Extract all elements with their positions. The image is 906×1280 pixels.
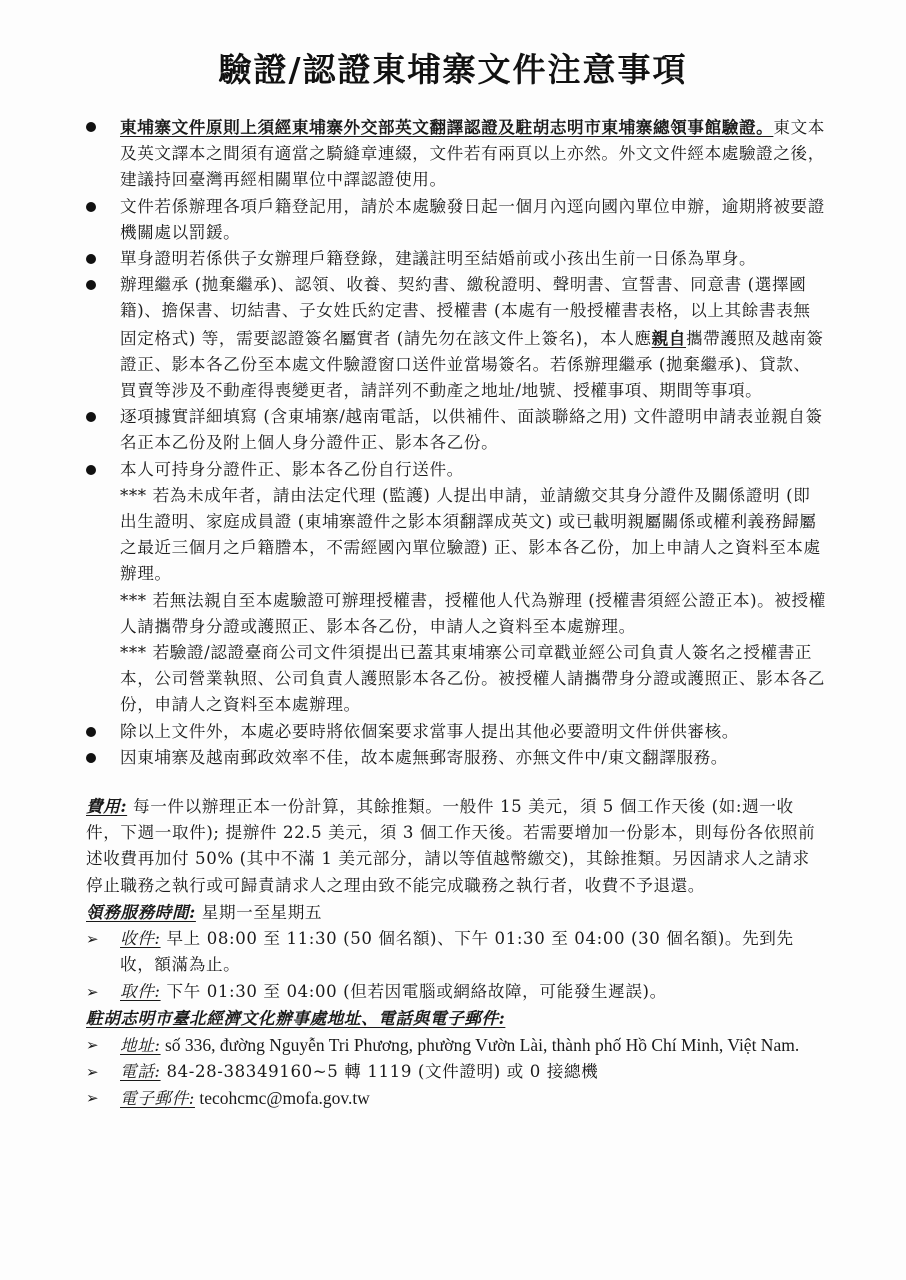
spacer (86, 771, 826, 793)
bullet-icon (86, 122, 96, 132)
bullet-icon (86, 727, 96, 737)
key-requirement: 東埔寨文件原則上須經東埔寨外交部英文翻譯認證及駐胡志明市東埔寨總領事館驗證。 (120, 117, 773, 137)
address-text: số 336, đường Nguyễn Tri Phương, phường … (161, 1035, 800, 1055)
hours-list: ➢ 收件: 早上 08:00 至 11:30 (50 個名額)、下午 01:30… (86, 926, 826, 1005)
note-company: *** 若驗證/認證臺商公司文件須提出已蓋其東埔寨公司章戳並經公司負責人簽名之授… (86, 640, 826, 719)
address-label: 地址: (120, 1036, 161, 1055)
note-authorization: *** 若無法親自至本處驗證可辦理授權書，授權他人代為辦理 (授權書須經公證正本… (86, 588, 826, 640)
bullet-icon (86, 280, 96, 290)
arrow-bullet-icon: ➢ (86, 979, 99, 1005)
list-item: ➢ 收件: 早上 08:00 至 11:30 (50 個名額)、下午 01:30… (86, 926, 826, 978)
notice-list-continued: 除以上文件外，本處必要時將依個案要求當事人提出其他必要證明文件併供審核。 因東埔… (86, 719, 826, 771)
contact-label: 駐胡志明市臺北經濟文化辦事處地址、電話與電子郵件: (86, 1008, 505, 1028)
hours-section: 領務服務時間: 星期一至星期五 (86, 899, 826, 926)
arrow-bullet-icon: ➢ (86, 926, 99, 952)
email-label: 電子郵件: (120, 1089, 195, 1108)
document-body: 東埔寨文件原則上須經東埔寨外交部英文翻譯認證及駐胡志明市東埔寨總領事館驗證。東文… (86, 114, 826, 1113)
item-text: 單身證明若係供子女辦理戶籍登錄，建議註明至結婚前或小孩出生前一日係為單身。 (120, 249, 756, 268)
item-text: 逐項據實詳細填寫 (含東埔寨/越南電話，以供補件、面談聯絡之用) 文件證明申請表… (120, 407, 823, 452)
list-item: ➢ 電話: 84-28-38349160~5 轉 1119 (文件證明) 或 0… (86, 1059, 826, 1085)
item-text: 因東埔寨及越南郵政效率不佳，故本處無郵寄服務、亦無文件中/東文翻譯服務。 (120, 748, 728, 767)
contact-list: ➢ 地址: số 336, đường Nguyễn Tri Phương, p… (86, 1032, 826, 1113)
list-item: ➢ 電子郵件: tecohcmc@mofa.gov.tw (86, 1085, 826, 1112)
bullet-icon (86, 465, 96, 475)
list-item: 單身證明若係供子女辦理戶籍登錄，建議註明至結婚前或小孩出生前一日係為單身。 (86, 246, 826, 272)
fees-section: 費用: 每一件以辦理正本一份計算，其餘推類。一般件 15 美元，須 5 個工作天… (86, 793, 826, 899)
item-text: 本人可持身分證件正、影本各乙份自行送件。 (120, 460, 464, 479)
receive-label: 收件: (120, 929, 161, 948)
page-title: 驗證/認證東埔寨文件注意事項 (0, 44, 906, 91)
email-text[interactable]: tecohcmc@mofa.gov.tw (195, 1088, 370, 1108)
list-item: 因東埔寨及越南郵政效率不佳，故本處無郵寄服務、亦無文件中/東文翻譯服務。 (86, 745, 826, 771)
list-item: 東埔寨文件原則上須經東埔寨外交部英文翻譯認證及駐胡志明市東埔寨總領事館驗證。東文… (86, 114, 826, 194)
receive-text: 早上 08:00 至 11:30 (50 個名額)、下午 01:30 至 04:… (120, 929, 794, 974)
hours-value: 星期一至星期五 (196, 903, 322, 922)
pickup-label: 取件: (120, 982, 161, 1001)
arrow-bullet-icon: ➢ (86, 1032, 99, 1058)
contact-section: 駐胡志明市臺北經濟文化辦事處地址、電話與電子郵件: (86, 1005, 826, 1032)
list-item: 除以上文件外，本處必要時將依個案要求當事人提出其他必要證明文件併供審核。 (86, 719, 826, 745)
arrow-bullet-icon: ➢ (86, 1059, 99, 1085)
bullet-icon (86, 412, 96, 422)
fees-label: 費用: (86, 796, 127, 816)
bullet-icon (86, 753, 96, 763)
list-item: 文件若係辦理各項戶籍登記用，請於本處驗發日起一個月內逕向國內單位申辦，逾期將被要… (86, 194, 826, 246)
hours-label: 領務服務時間: (86, 902, 196, 922)
phone-text: 84-28-38349160~5 轉 1119 (文件證明) 或 0 接總機 (161, 1062, 599, 1081)
pickup-text: 下午 01:30 至 04:00 (但若因電腦或網絡故障，可能發生遲誤)。 (161, 982, 667, 1001)
emphasis-text: 親自 (652, 328, 686, 348)
item-text: 除以上文件外，本處必要時將依個案要求當事人提出其他必要證明文件併供審核。 (120, 722, 739, 741)
list-item: 本人可持身分證件正、影本各乙份自行送件。 (86, 457, 826, 483)
notice-list: 東埔寨文件原則上須經東埔寨外交部英文翻譯認證及駐胡志明市東埔寨總領事館驗證。東文… (86, 114, 826, 483)
list-item: 辦理繼承 (拋棄繼承)、認領、收養、契約書、繳稅證明、聲明書、宣誓書、同意書 (… (86, 272, 826, 404)
list-item: ➢ 地址: số 336, đường Nguyễn Tri Phương, p… (86, 1032, 826, 1059)
item-text: 文件若係辦理各項戶籍登記用，請於本處驗發日起一個月內逕向國內單位申辦，逾期將被要… (120, 197, 825, 242)
bullet-icon (86, 202, 96, 212)
list-item: ➢ 取件: 下午 01:30 至 04:00 (但若因電腦或網絡故障，可能發生遲… (86, 979, 826, 1005)
phone-label: 電話: (120, 1062, 161, 1081)
document-page: 驗證/認證東埔寨文件注意事項 東埔寨文件原則上須經東埔寨外交部英文翻譯認證及駐胡… (0, 0, 906, 1280)
fees-text: 每一件以辦理正本一份計算，其餘推類。一般件 15 美元，須 5 個工作天後 (如… (86, 797, 815, 895)
arrow-bullet-icon: ➢ (86, 1085, 99, 1111)
note-minor: *** 若為未成年者，請由法定代理 (監護) 人提出申請，並請繳交其身分證件及關… (86, 483, 826, 588)
bullet-icon (86, 254, 96, 264)
list-item: 逐項據實詳細填寫 (含東埔寨/越南電話，以供補件、面談聯絡之用) 文件證明申請表… (86, 404, 826, 456)
